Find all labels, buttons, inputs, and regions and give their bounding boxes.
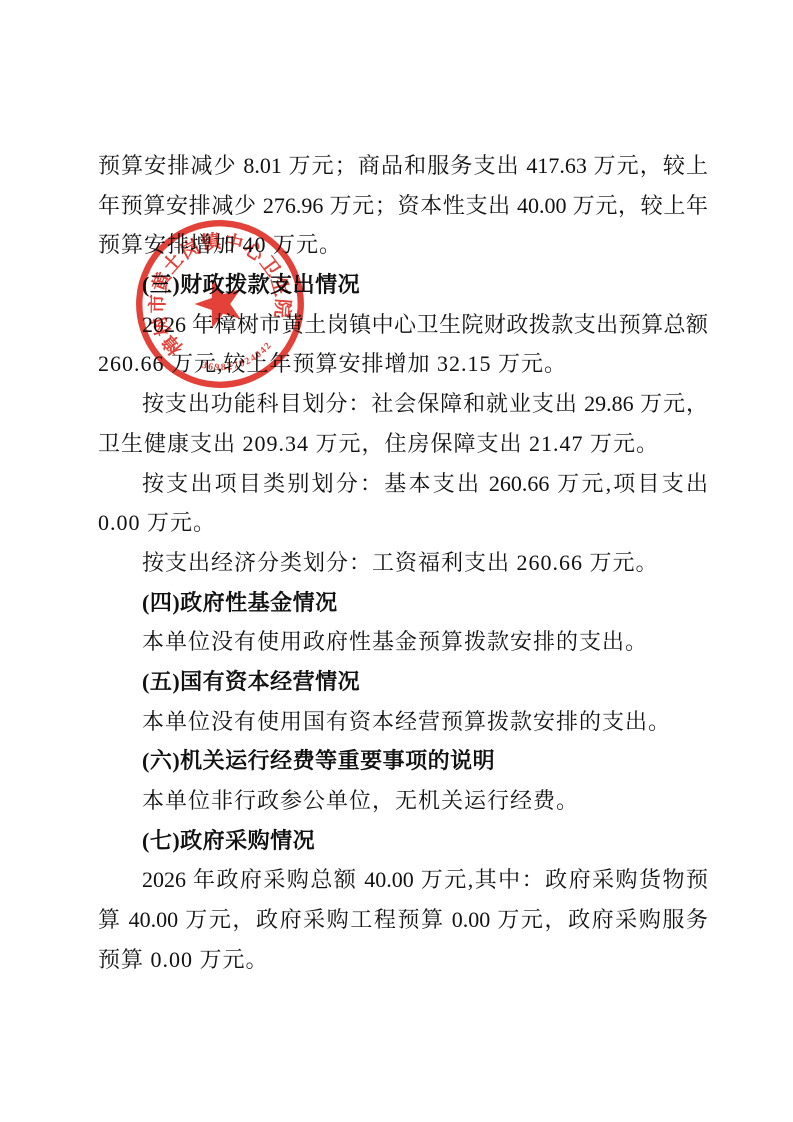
body-line: 预算安排增加 40 万元。	[98, 225, 708, 265]
document-body: 预算安排减少 8.01 万元；商品和服务支出 417.63 万元，较上 年预算安…	[98, 146, 708, 979]
body-line: 0.00 万元。	[98, 503, 708, 543]
section-heading: (七)政府采购情况	[98, 821, 708, 861]
body-line: 预算安排减少 8.01 万元；商品和服务支出 417.63 万元，较上	[98, 146, 708, 186]
body-line: 卫生健康支出 209.34 万元，住房保障支出 21.47 万元。	[98, 424, 708, 464]
body-line: 2026 年樟树市黄土岗镇中心卫生院财政拨款支出预算总额	[98, 305, 708, 345]
section-heading: (六)机关运行经费等重要事项的说明	[98, 741, 708, 781]
body-line: 260.66 万元,较上年预算安排增加 32.15 万元。	[98, 344, 708, 384]
body-line: 本单位没有使用国有资本经营预算拨款安排的支出。	[98, 702, 708, 742]
body-line: 本单位没有使用政府性基金预算拨款安排的支出。	[98, 622, 708, 662]
section-heading: (四)政府性基金情况	[98, 583, 708, 623]
document-page: 预算安排减少 8.01 万元；商品和服务支出 417.63 万元，较上 年预算安…	[0, 0, 793, 1122]
section-heading: (三)财政拨款支出情况	[98, 265, 708, 305]
body-line: 算 40.00 万元，政府采购工程预算 0.00 万元，政府采购服务	[98, 900, 708, 940]
body-line: 预算 0.00 万元。	[98, 940, 708, 980]
body-line: 2026 年政府采购总额 40.00 万元,其中：政府采购货物预	[98, 860, 708, 900]
body-line: 年预算安排减少 276.96 万元；资本性支出 40.00 万元，较上年	[98, 186, 708, 226]
body-line: 按支出项目类别划分：基本支出 260.66 万元,项目支出	[98, 464, 708, 504]
body-line: 按支出经济分类划分：工资福利支出 260.66 万元。	[98, 543, 708, 583]
body-line: 按支出功能科目划分：社会保障和就业支出 29.86 万元，	[98, 384, 708, 424]
body-line: 本单位非行政参公单位，无机关运行经费。	[98, 781, 708, 821]
section-heading: (五)国有资本经营情况	[98, 662, 708, 702]
